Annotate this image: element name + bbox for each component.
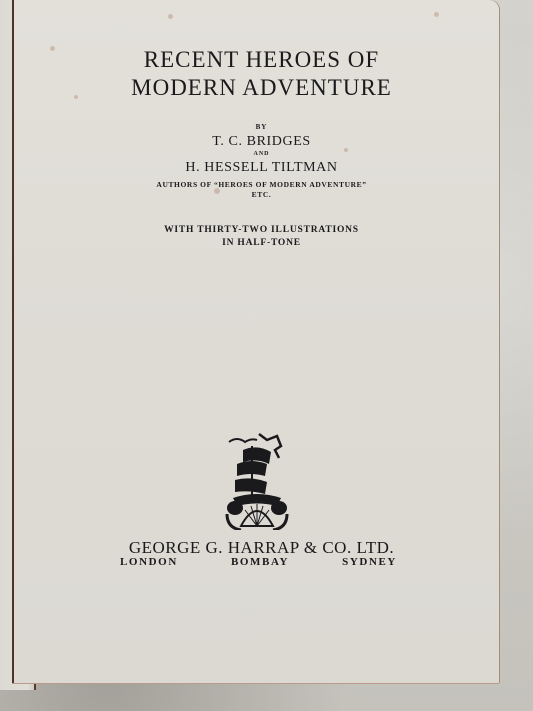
city-london: LONDON bbox=[120, 556, 178, 568]
publisher-name: GEORGE G. HARRAP & CO. LTD. bbox=[24, 538, 499, 558]
credits-line-2: ETC. bbox=[24, 190, 499, 200]
illustrations-line-1: WITH THIRTY-TWO ILLUSTRATIONS bbox=[24, 224, 499, 237]
city-bombay: BOMBAY bbox=[231, 556, 289, 568]
credits-line-1: AUTHORS OF “HEROES OF MODERN ADVENTURE” bbox=[24, 180, 499, 190]
author-1: T. C. BRIDGES bbox=[24, 134, 499, 150]
and-label: AND bbox=[24, 151, 499, 157]
book-title: RECENT HEROES OF MODERN ADVENTURE bbox=[24, 46, 499, 102]
illustrations-line-2: IN HALF-TONE bbox=[24, 237, 499, 250]
title-line-2: MODERN ADVENTURE bbox=[24, 74, 499, 102]
author-2: H. HESSELL TILTMAN bbox=[24, 160, 499, 176]
foxing-spot bbox=[168, 14, 173, 19]
author-credits: AUTHORS OF “HEROES OF MODERN ADVENTURE” … bbox=[24, 180, 499, 200]
by-label: BY bbox=[24, 123, 499, 131]
foxing-spot bbox=[434, 12, 439, 17]
title-line-1: RECENT HEROES OF bbox=[24, 46, 499, 74]
illustrations-note: WITH THIRTY-TWO ILLUSTRATIONS IN HALF-TO… bbox=[24, 224, 499, 250]
publisher-cities: LONDON BOMBAY SYDNEY bbox=[120, 556, 397, 568]
title-page: RECENT HEROES OF MODERN ADVENTURE BY T. … bbox=[12, 0, 499, 683]
ship-emblem-icon bbox=[221, 430, 293, 530]
city-sydney: SYDNEY bbox=[342, 556, 397, 568]
